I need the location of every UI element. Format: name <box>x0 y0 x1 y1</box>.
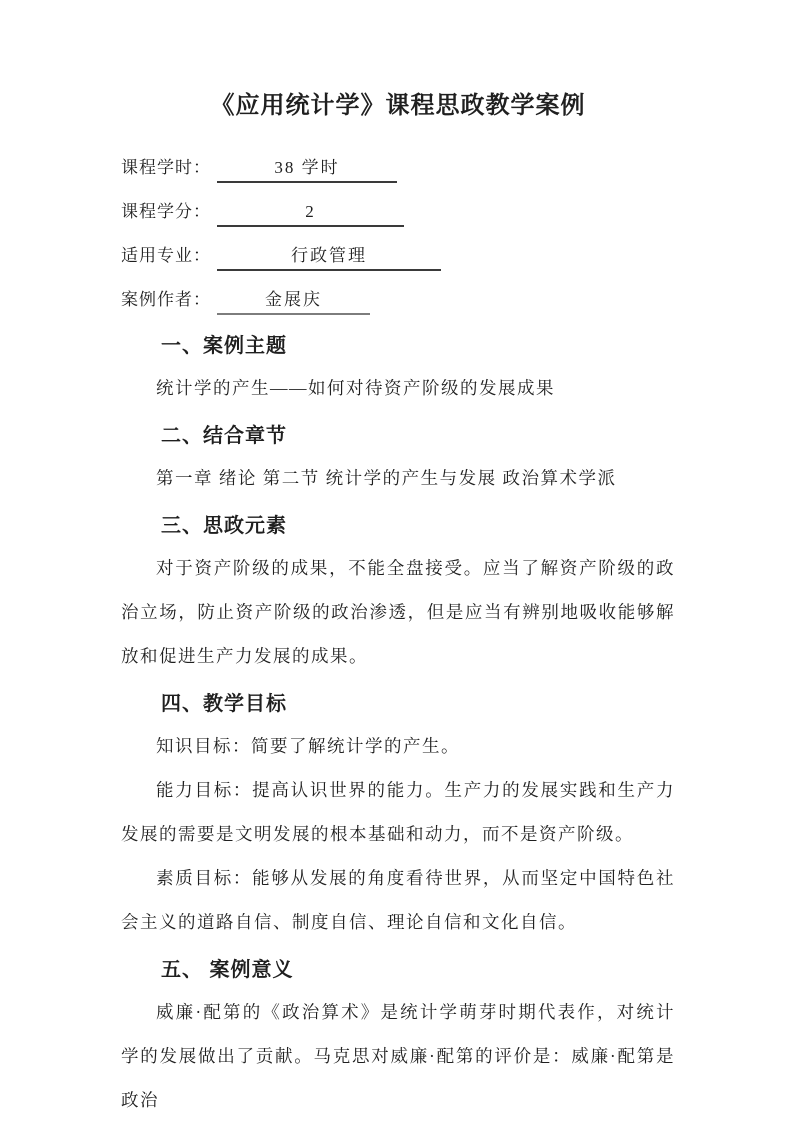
field-case-author: 案例作者： 金展庆 <box>121 288 675 315</box>
section-related-chapters-heading: 二、结合章节 <box>161 422 675 450</box>
document-title: 《应用统计学》课程思政教学案例 <box>121 90 675 122</box>
section-case-significance-paragraph: 威廉·配第的《政治算术》是统计学萌芽时期代表作，对统计学的发展做出了贡献。马克思… <box>121 990 675 1122</box>
knowledge-objective-paragraph: 知识目标：简要了解统计学的产生。 <box>121 724 675 768</box>
section-case-theme: 一、案例主题 统计学的产生——如何对待资产阶级的发展成果 <box>121 332 675 410</box>
case-author-value: 金展庆 <box>217 288 370 315</box>
quality-objective-paragraph: 素质目标：能够从发展的角度看待世界，从而坚定中国特色社会主义的道路自信、制度自信… <box>121 856 675 944</box>
header-fields: 课程学时： 38 学时 课程学分： 2 适用专业： 行政管理 案例作者： 金展庆 <box>121 156 675 315</box>
field-course-credits: 课程学分： 2 <box>121 200 675 227</box>
applicable-major-label: 适用专业： <box>121 244 211 268</box>
document-page: 《应用统计学》课程思政教学案例 课程学时： 38 学时 课程学分： 2 适用专业… <box>0 0 793 1123</box>
section-ideological-elements: 三、思政元素 对于资产阶级的成果，不能全盘接受。应当了解资产阶级的政治立场，防止… <box>121 512 675 678</box>
course-credits-value: 2 <box>217 200 404 227</box>
applicable-major-value: 行政管理 <box>217 244 441 271</box>
section-related-chapters-paragraph: 第一章 绪论 第二节 统计学的产生与发展 政治算术学派 <box>121 456 675 500</box>
section-related-chapters: 二、结合章节 第一章 绪论 第二节 统计学的产生与发展 政治算术学派 <box>121 422 675 500</box>
section-case-significance: 五、 案例意义 威廉·配第的《政治算术》是统计学萌芽时期代表作，对统计学的发展做… <box>121 956 675 1122</box>
section-ideological-elements-heading: 三、思政元素 <box>161 512 675 540</box>
section-case-theme-paragraph: 统计学的产生——如何对待资产阶级的发展成果 <box>121 366 675 410</box>
course-hours-value: 38 学时 <box>217 156 397 183</box>
course-credits-label: 课程学分： <box>121 200 211 224</box>
section-case-theme-heading: 一、案例主题 <box>161 332 675 360</box>
field-course-hours: 课程学时： 38 学时 <box>121 156 675 183</box>
course-hours-label: 课程学时： <box>121 156 211 180</box>
section-teaching-objectives-heading: 四、教学目标 <box>161 690 675 718</box>
section-case-significance-heading: 五、 案例意义 <box>161 956 675 984</box>
ability-objective-paragraph: 能力目标：提高认识世界的能力。生产力的发展实践和生产力发展的需要是文明发展的根本… <box>121 768 675 856</box>
case-author-label: 案例作者： <box>121 288 211 312</box>
section-ideological-elements-paragraph: 对于资产阶级的成果，不能全盘接受。应当了解资产阶级的政治立场，防止资产阶级的政治… <box>121 546 675 678</box>
field-applicable-major: 适用专业： 行政管理 <box>121 244 675 271</box>
section-teaching-objectives: 四、教学目标 知识目标：简要了解统计学的产生。 能力目标：提高认识世界的能力。生… <box>121 690 675 944</box>
